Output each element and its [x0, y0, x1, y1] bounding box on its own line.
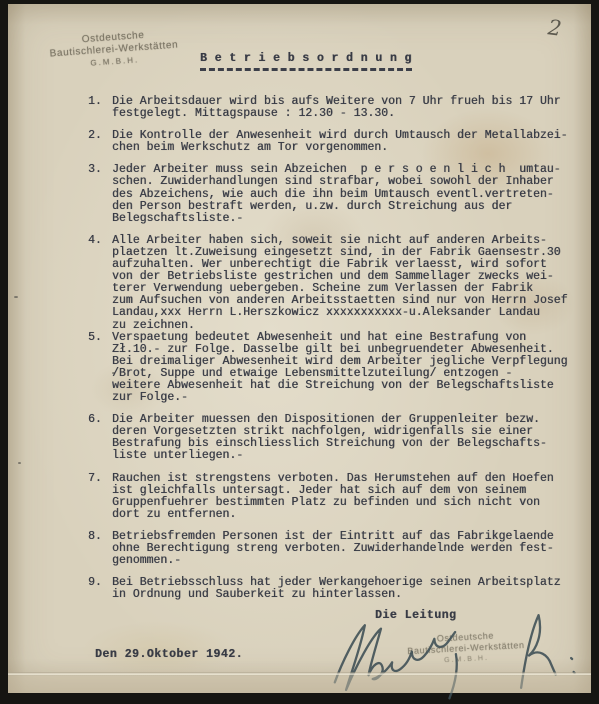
item-number: 2. — [88, 130, 112, 154]
regulation-item-1: 1. Die Arbeitsdauer wird bis aufs Weiter… — [88, 96, 582, 120]
ink-speck — [18, 462, 21, 464]
item-number: 7. — [88, 473, 112, 521]
document-title: B e t r i e b s o r d n u n g — [200, 52, 412, 71]
item-text: Jeder Arbeiter muss sein Abzeichen p e r… — [112, 164, 578, 224]
item-number: 8. — [88, 531, 112, 567]
item-text: Die Kontrolle der Anwesenheit wird durch… — [112, 130, 578, 154]
regulation-item-8: 8. Betriebsfremden Personen ist der Eint… — [88, 531, 582, 567]
item-text: Verspaetung bedeutet Abwesenheit und hat… — [112, 332, 578, 405]
regulation-list: 1. Die Arbeitsdauer wird bis aufs Weiter… — [88, 96, 582, 601]
document-paper: Ostdeutsche Bautischlerei-Werkstätten G.… — [8, 4, 591, 693]
regulation-item-2: 2. Die Kontrolle der Anwesenheit wird du… — [88, 130, 582, 154]
item-number: 4. — [88, 235, 112, 332]
item-number: 5. — [88, 332, 112, 405]
item-number: 3. — [88, 164, 112, 224]
item-text: Bei Betriebsschluss hat jeder Werkangeho… — [112, 577, 578, 601]
item-text: Betriebsfremden Personen ist der Eintrit… — [112, 531, 578, 567]
regulation-item-3: 3. Jeder Arbeiter muss sein Abzeichen p … — [88, 164, 582, 224]
ink-speck — [14, 296, 18, 298]
scanned-document-photo: Ostdeutsche Bautischlerei-Werkstätten G.… — [0, 0, 599, 704]
item-number: 1. — [88, 96, 112, 120]
regulation-item-7: 7. Rauchen ist strengstens verboten. Das… — [88, 473, 582, 521]
item-text: Die Arbeitsdauer wird bis aufs Weitere v… — [112, 96, 578, 120]
handwritten-page-number: 2 — [547, 15, 563, 40]
company-stamp-header: Ostdeutsche Bautischlerei-Werkstätten G.… — [23, 26, 205, 74]
regulation-item-5: 5. Verspaetung bedeutet Abwesenheit und … — [88, 332, 582, 405]
paper-below-fold — [8, 676, 591, 693]
item-number: 9. — [88, 577, 112, 601]
item-text: Alle Arbeiter haben sich, soweit sie nic… — [112, 235, 578, 332]
regulation-item-9: 9. Bei Betriebsschluss hat jeder Werkang… — [88, 577, 582, 601]
item-number: 6. — [88, 414, 112, 462]
regulation-item-4: 4. Alle Arbeiter haben sich, soweit sie … — [88, 235, 582, 332]
regulation-item-6: 6. Die Arbeiter muessen den Dispositione… — [88, 414, 582, 462]
date-line: Den 29.Oktober 1942. — [95, 648, 243, 661]
ink-speck — [112, 372, 115, 374]
item-text: Die Arbeiter muessen den Dispositionen d… — [112, 414, 578, 462]
item-text: Rauchen ist strengstens verboten. Das He… — [112, 473, 578, 521]
